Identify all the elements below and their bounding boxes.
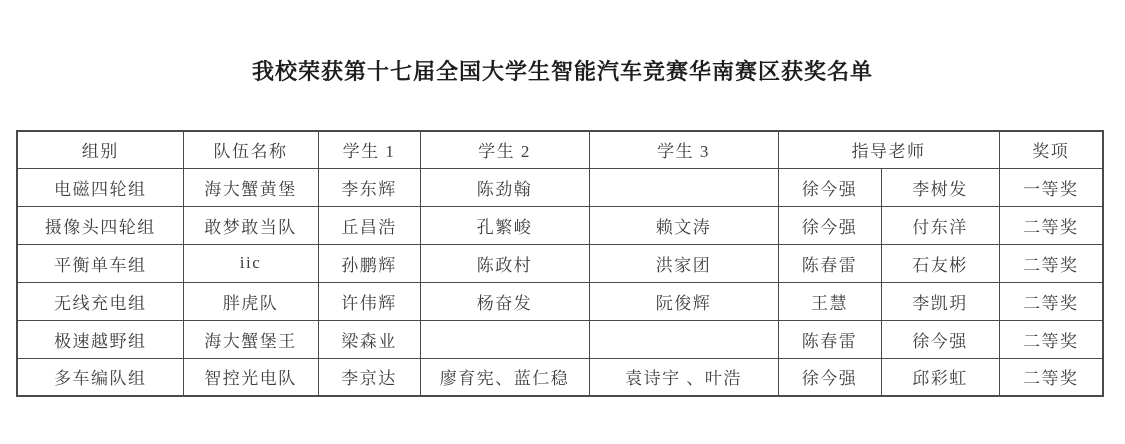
cell-group: 平衡单车组 [17, 244, 183, 282]
cell-teacher1: 徐今强 [778, 168, 881, 206]
cell-team: 敢梦敢当队 [183, 206, 318, 244]
awards-table: 组别 队伍名称 学生 1 学生 2 学生 3 指导老师 奖项 电磁四轮组 海大蟹… [16, 130, 1104, 397]
cell-student1: 丘昌浩 [318, 206, 420, 244]
cell-teacher2: 徐今强 [881, 320, 999, 358]
cell-group: 电磁四轮组 [17, 168, 183, 206]
cell-student3 [589, 168, 778, 206]
cell-team: 胖虎队 [183, 282, 318, 320]
table-row: 无线充电组 胖虎队 许伟辉 杨奋发 阮俊辉 王慧 李凯玥 二等奖 [17, 282, 1103, 320]
header-teachers: 指导老师 [778, 131, 999, 168]
cell-student3 [589, 320, 778, 358]
cell-group: 极速越野组 [17, 320, 183, 358]
cell-teacher2: 石友彬 [881, 244, 999, 282]
cell-teacher1: 王慧 [778, 282, 881, 320]
cell-student3: 洪家团 [589, 244, 778, 282]
cell-group: 无线充电组 [17, 282, 183, 320]
cell-teacher1: 陈春雷 [778, 320, 881, 358]
cell-student1: 梁森业 [318, 320, 420, 358]
header-student1: 学生 1 [318, 131, 420, 168]
cell-student3: 阮俊辉 [589, 282, 778, 320]
cell-award: 二等奖 [999, 244, 1103, 282]
table-row: 摄像头四轮组 敢梦敢当队 丘昌浩 孔繁峻 赖文涛 徐今强 付东洋 二等奖 [17, 206, 1103, 244]
cell-teacher1: 陈春雷 [778, 244, 881, 282]
cell-teacher2: 李树发 [881, 168, 999, 206]
header-award: 奖项 [999, 131, 1103, 168]
cell-student1: 孙鹏辉 [318, 244, 420, 282]
cell-student2: 廖育宪、蓝仁稳 [420, 358, 589, 396]
cell-group: 多车编队组 [17, 358, 183, 396]
cell-award: 一等奖 [999, 168, 1103, 206]
header-student2: 学生 2 [420, 131, 589, 168]
cell-team: 海大蟹黄堡 [183, 168, 318, 206]
cell-teacher2: 邱彩虹 [881, 358, 999, 396]
cell-group: 摄像头四轮组 [17, 206, 183, 244]
cell-student2: 陈劲翰 [420, 168, 589, 206]
table-row: 平衡单车组 iic 孙鹏辉 陈政村 洪家团 陈春雷 石友彬 二等奖 [17, 244, 1103, 282]
document-page: 我校荣获第十七届全国大学生智能汽车竞赛华南赛区获奖名单 组别 队伍名称 学生 1… [0, 0, 1125, 444]
page-title: 我校荣获第十七届全国大学生智能汽车竞赛华南赛区获奖名单 [0, 55, 1125, 86]
cell-student3: 赖文涛 [589, 206, 778, 244]
cell-team: 智控光电队 [183, 358, 318, 396]
cell-award: 二等奖 [999, 206, 1103, 244]
header-student3: 学生 3 [589, 131, 778, 168]
header-team: 队伍名称 [183, 131, 318, 168]
cell-student2: 陈政村 [420, 244, 589, 282]
cell-teacher2: 李凯玥 [881, 282, 999, 320]
cell-award: 二等奖 [999, 282, 1103, 320]
cell-student2: 孔繁峻 [420, 206, 589, 244]
cell-student3: 袁诗宇 、叶浩 [589, 358, 778, 396]
cell-team: iic [183, 244, 318, 282]
cell-teacher1: 徐今强 [778, 206, 881, 244]
table-row: 极速越野组 海大蟹堡王 梁森业 陈春雷 徐今强 二等奖 [17, 320, 1103, 358]
cell-student2 [420, 320, 589, 358]
cell-award: 二等奖 [999, 358, 1103, 396]
cell-teacher2: 付东洋 [881, 206, 999, 244]
header-group: 组别 [17, 131, 183, 168]
cell-student1: 李东辉 [318, 168, 420, 206]
cell-team: 海大蟹堡王 [183, 320, 318, 358]
cell-student2: 杨奋发 [420, 282, 589, 320]
header-row: 组别 队伍名称 学生 1 学生 2 学生 3 指导老师 奖项 [17, 131, 1103, 168]
cell-student1: 许伟辉 [318, 282, 420, 320]
table-row: 电磁四轮组 海大蟹黄堡 李东辉 陈劲翰 徐今强 李树发 一等奖 [17, 168, 1103, 206]
cell-award: 二等奖 [999, 320, 1103, 358]
cell-student1: 李京达 [318, 358, 420, 396]
cell-teacher1: 徐今强 [778, 358, 881, 396]
table-row: 多车编队组 智控光电队 李京达 廖育宪、蓝仁稳 袁诗宇 、叶浩 徐今强 邱彩虹 … [17, 358, 1103, 396]
